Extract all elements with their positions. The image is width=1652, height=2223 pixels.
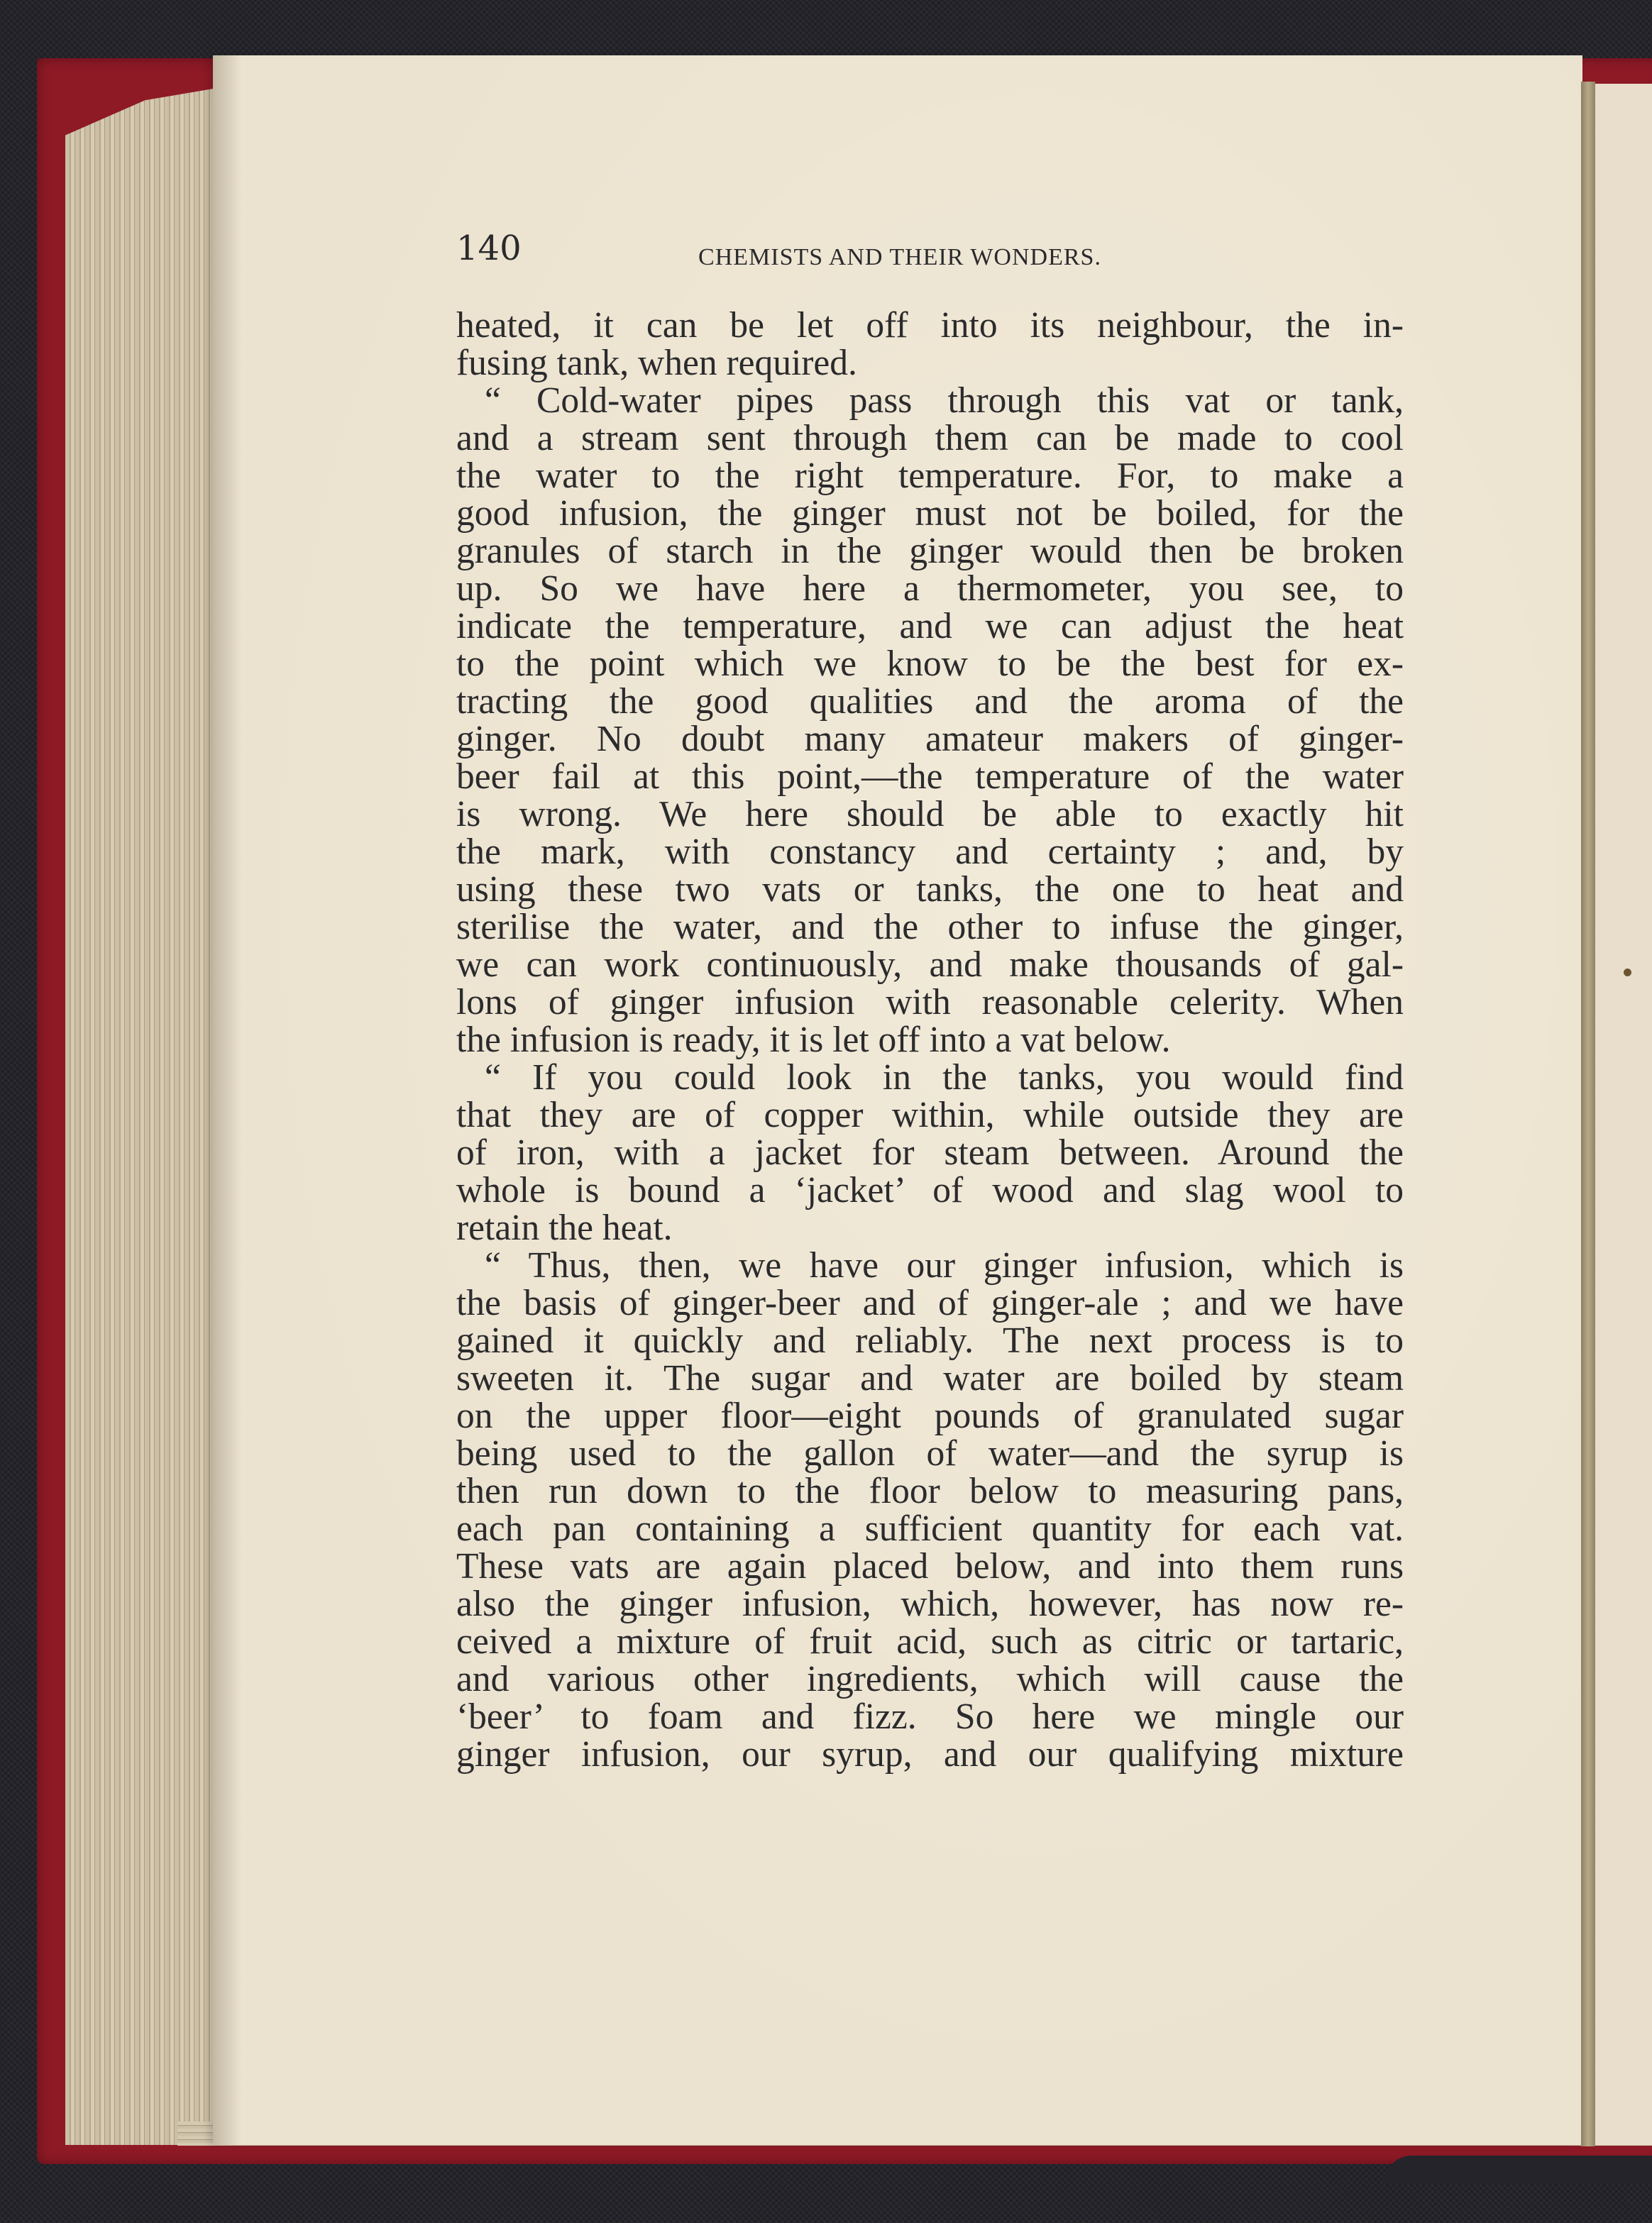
paper-spot [1624,969,1631,976]
page-number: 140 [456,228,522,268]
text-line: of iron, with a jacket for steam between… [456,1134,1404,1171]
text-line: retain the heat. [456,1209,1404,1247]
text-line: the basis of ginger-beer and of ginger-a… [456,1284,1404,1322]
body-text: heated, it can be let off into its neigh… [456,307,1404,1773]
text-line: then run down to the floor below to meas… [456,1472,1404,1510]
text-line: good infusion, the ginger must not be bo… [456,495,1404,532]
text-line: granules of starch in the ginger would t… [456,532,1404,570]
text-line: whole is bound a ‘jacket’ of wood and sl… [456,1171,1404,1209]
page-gap [1581,82,1595,2146]
text-line: and various other ingredients, which wil… [456,1660,1404,1698]
text-line: ginger. No doubt many amateur makers of … [456,720,1404,758]
text-line: using these two vats or tanks, the one t… [456,871,1404,908]
running-title: CHEMISTS AND THEIR WONDERS. [534,244,1265,271]
text-line: lons of ginger infusion with reasonable … [456,983,1404,1021]
text-line: ginger infusion, our syrup, and our qual… [456,1736,1404,1773]
background-cloth [1384,2156,1652,2184]
text-line: indicate the temperature, and we can adj… [456,607,1404,645]
text-line: the water to the right temperature. For,… [456,457,1404,495]
text-line: the mark, with constancy and certainty ;… [456,833,1404,871]
text-line: we can work continuously, and make thous… [456,946,1404,983]
text-line: “ Thus, then, we have our ginger infusio… [456,1247,1404,1284]
text-line: each pan containing a sufficient quantit… [456,1510,1404,1548]
text-line: beer fail at this point,—the temperature… [456,758,1404,795]
text-line: the infusion is ready, it is let off int… [456,1021,1404,1059]
text-line: tracting the good qualities and the arom… [456,683,1404,720]
text-line: ‘beer’ to foam and fizz. So here we ming… [456,1698,1404,1736]
text-line: on the upper floor—eight pounds of granu… [456,1397,1404,1435]
text-line: up. So we have here a thermometer, you s… [456,570,1404,607]
text-line: heated, it can be let off into its neigh… [456,307,1404,344]
text-line: sweeten it. The sugar and water are boil… [456,1359,1404,1397]
next-page-edge [1595,84,1652,2145]
text-line: “ Cold-water pipes pass through this vat… [456,382,1404,419]
text-line: is wrong. We here should be able to exac… [456,795,1404,833]
text-line: that they are of copper within, while ou… [456,1096,1404,1134]
running-head: 140 CHEMISTS AND THEIR WONDERS. [456,228,1400,278]
text-line: sterilise the water, and the other to in… [456,908,1404,946]
text-line: gained it quickly and reliably. The next… [456,1322,1404,1359]
text-line: fusing tank, when required. [456,344,1404,382]
gutter-shadow [213,55,241,2145]
text-line: also the ginger infusion, which, however… [456,1585,1404,1623]
text-line: “ If you could look in the tanks, you wo… [456,1059,1404,1096]
text-line: ceived a mixture of fruit acid, such as … [456,1623,1404,1660]
text-line: to the point which we know to be the bes… [456,645,1404,683]
text-line: being used to the gallon of water—and th… [456,1435,1404,1472]
text-line: and a stream sent through them can be ma… [456,419,1404,457]
text-line: These vats are again placed below, and i… [456,1548,1404,1585]
